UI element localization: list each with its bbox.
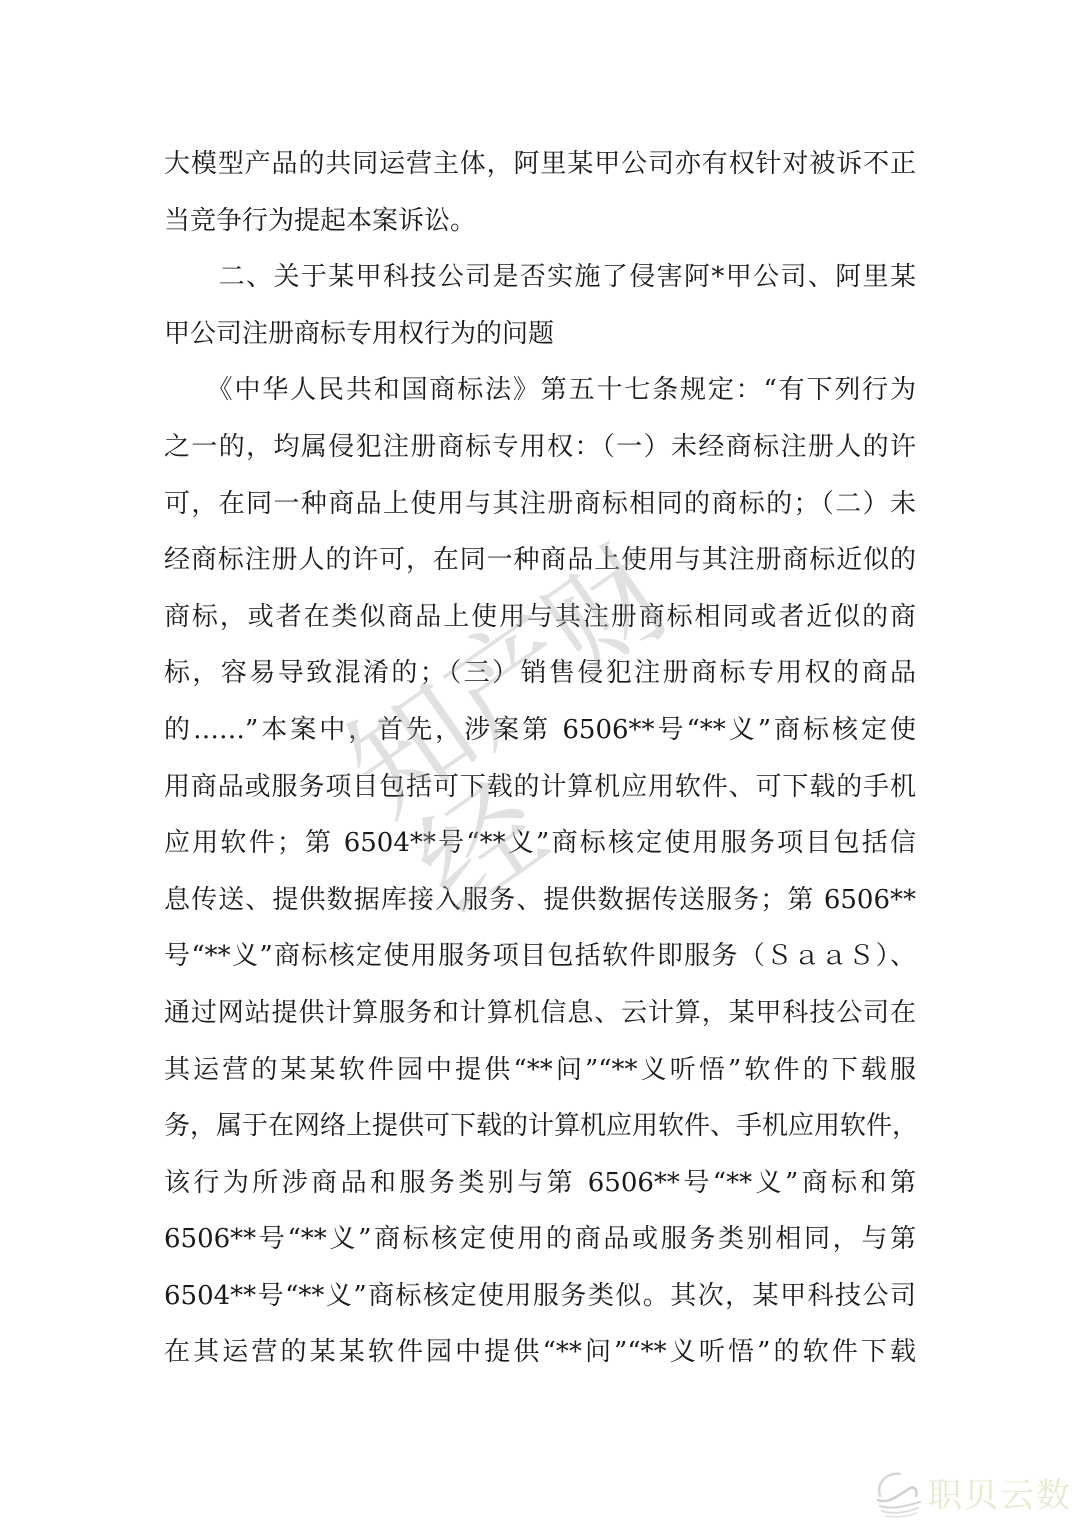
text-line: 其运营的某某软件园中提供“**问”“**义听悟”软件的下载服 (164, 1042, 916, 1099)
text-line: 6504**号“**义”商标核定使用服务类似。其次，某甲科技公司 (164, 1268, 916, 1325)
section-heading-line: 二、关于某甲科技公司是否实施了侵害阿*甲公司、阿里某 (164, 249, 916, 306)
text-line: 的……”本案中，首先，涉案第 6506**号“**义”商标核定使 (164, 702, 916, 759)
text-line: 用商品或服务项目包括可下载的计算机应用软件、可下载的手机 (164, 759, 916, 816)
text-line: 标，容易导致混淆的；（三）销售侵犯注册商标专用权的商品 (164, 645, 916, 702)
text-line: 《中华人民共和国商标法》第五十七条规定：“有下列行为 (164, 362, 916, 419)
text-line: 通过网站提供计算服务和计算机信息、云计算，某甲科技公司在 (164, 985, 916, 1042)
text-line: 商标，或者在类似商品上使用与其注册商标相同或者近似的商 (164, 589, 916, 646)
section-heading-line: 甲公司注册商标专用权行为的问题 (164, 306, 916, 363)
document-page: 大模型产品的共同运营主体，阿里某甲公司亦有权针对被诉不正 当竞争行为提起本案诉讼… (0, 0, 1080, 1528)
text-line: 息传送、提供数据库接入服务、提供数据传送服务；第 6506** (164, 872, 916, 929)
document-body: 大模型产品的共同运营主体，阿里某甲公司亦有权针对被诉不正 当竞争行为提起本案诉讼… (164, 136, 916, 1381)
text-line: 6506**号“**义”商标核定使用的商品或服务类别相同，与第 (164, 1211, 916, 1268)
text-line: 在其运营的某某软件园中提供“**问”“**义听悟”的软件下载 (164, 1324, 916, 1381)
text-line: 务，属于在网络上提供可下载的计算机应用软件、手机应用软件， (164, 1098, 916, 1155)
text-line: 该行为所涉商品和服务类别与第 6506**号“**义”商标和第 (164, 1155, 916, 1212)
brand-name: 职贝云数 (928, 1468, 1072, 1517)
text-line: 应用软件；第 6504**号“**义”商标核定使用服务项目包括信 (164, 815, 916, 872)
text-line: 可，在同一种商品上使用与其注册商标相同的商标的；（二）未 (164, 476, 916, 533)
wave-circle-icon (872, 1466, 924, 1518)
text-line: 大模型产品的共同运营主体，阿里某甲公司亦有权针对被诉不正 (164, 136, 916, 193)
text-line: 之一的，均属侵犯注册商标专用权：（一）未经商标注册人的许 (164, 419, 916, 476)
text-line: 当竞争行为提起本案诉讼。 (164, 193, 916, 250)
text-line: 经商标注册人的许可，在同一种商品上使用与其注册商标近似的 (164, 532, 916, 589)
text-line: 号“**义”商标核定使用服务项目包括软件即服务（ＳａａＳ）、 (164, 928, 916, 985)
brand-logo: 职贝云数 (872, 1462, 1072, 1522)
